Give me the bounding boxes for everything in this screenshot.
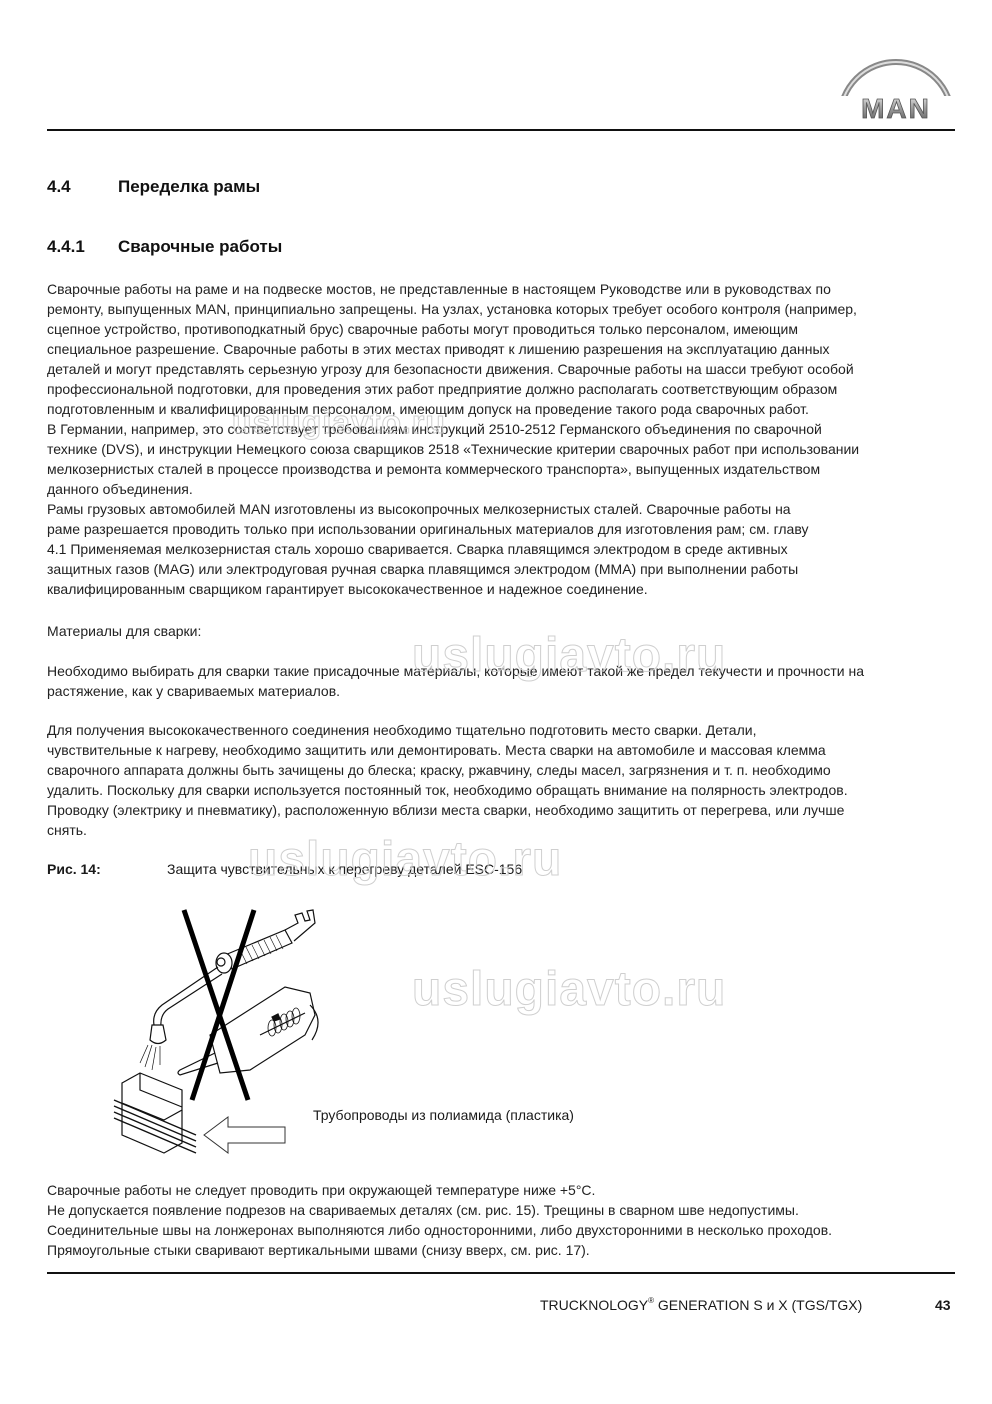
text-line: снять.	[47, 820, 957, 840]
figure-callout-label: Трубопроводы из полиамида (пластика)	[313, 1107, 574, 1123]
subsection-title: Сварочные работы	[118, 237, 282, 256]
paragraph-welding-conditions: Сварочные работы не следует проводить пр…	[47, 1180, 957, 1260]
text-line: 4.1 Применяемая мелкозернистая сталь хор…	[47, 539, 957, 559]
watermark: uslugiavto.ru	[412, 962, 726, 1017]
text-line: защитных газов (MAG) или электродуговая …	[47, 559, 957, 579]
text-line: данного объединения.	[47, 479, 957, 499]
text-line: сцепное устройство, противоподкатный бру…	[47, 319, 957, 339]
man-logo: MAN	[834, 30, 958, 126]
text-line: В Германии, например, это соответствует …	[47, 419, 957, 439]
text-line: мелкозернистых сталей в процессе произво…	[47, 459, 957, 479]
text-line: ремонту, выпущенных MAN, принципиально з…	[47, 299, 957, 319]
subsection-heading: 4.4.1Сварочные работы	[47, 237, 282, 257]
text-line: Не допускается появление подрезов на сва…	[47, 1200, 957, 1220]
section-number: 4.4	[47, 177, 118, 197]
paragraph-preparation: Для получения высококачественного соедин…	[47, 720, 957, 840]
svg-text:MAN: MAN	[861, 93, 931, 124]
registered-mark: ®	[648, 1296, 654, 1305]
text-line: Сварочные работы на раме и на подвеске м…	[47, 279, 957, 299]
text-line: деталей и могут представлять серьезную у…	[47, 359, 957, 379]
text-line: сварочного аппарата должны быть зачищены…	[47, 760, 957, 780]
paragraph-materials-heading: Материалы для сварки:	[47, 621, 957, 641]
text-line: Рамы грузовых автомобилей MAN изготовлен…	[47, 499, 957, 519]
footer-rule	[47, 1272, 955, 1274]
text-line: чувствительные к нагреву, необходимо защ…	[47, 740, 957, 760]
text-line: технике (DVS), и инструкции Немецкого со…	[47, 439, 957, 459]
figure-caption: Рис. 14:Защита чувствительных к перегрев…	[47, 861, 522, 877]
text-line: Сварочные работы не следует проводить пр…	[47, 1180, 957, 1200]
figure-label: Рис. 14:	[47, 861, 167, 877]
text-line: Соединительные швы на лонжеронах выполня…	[47, 1220, 957, 1240]
text-line: подготовленным и квалифицированным персо…	[47, 399, 957, 419]
text-line: Необходимо выбирать для сварки такие при…	[47, 661, 957, 681]
text-line: растяжение, как у свариваемых материалов…	[47, 681, 957, 701]
footer-brand: TRUCKNOLOGY	[540, 1297, 648, 1313]
text-line: Для получения высококачественного соедин…	[47, 720, 957, 740]
section-title: Переделка рамы	[118, 177, 260, 196]
subsection-number: 4.4.1	[47, 237, 118, 257]
header-rule	[47, 129, 955, 131]
figure-title: Защита чувствительных к перегреву детале…	[167, 861, 522, 877]
page-number: 43	[935, 1297, 951, 1313]
footer-title: TRUCKNOLOGY® GENERATION S и X (TGS/TGX)	[540, 1297, 862, 1313]
watermark: uslugiavto.ru	[248, 832, 562, 887]
text-line: Прямоугольные стыки сваривают вертикальн…	[47, 1240, 957, 1260]
paragraph-welding-rules: Сварочные работы на раме и на подвеске м…	[47, 279, 957, 599]
text-line: раме разрешается проводить только при ис…	[47, 519, 957, 539]
footer-model: GENERATION S и X (TGS/TGX)	[654, 1297, 862, 1313]
text-line: профессиональной подготовки, для проведе…	[47, 379, 957, 399]
text-line: специальное разрешение. Сварочные работы…	[47, 339, 957, 359]
text-line: Материалы для сварки:	[47, 621, 957, 641]
text-line: квалифицированным сварщиком гарантирует …	[47, 579, 957, 599]
text-line: удалить. Поскольку для сварки использует…	[47, 780, 957, 800]
text-line: Проводку (электрику и пневматику), распо…	[47, 800, 957, 820]
paragraph-filler-materials: Необходимо выбирать для сварки такие при…	[47, 661, 957, 701]
section-heading: 4.4Переделка рамы	[47, 177, 260, 197]
